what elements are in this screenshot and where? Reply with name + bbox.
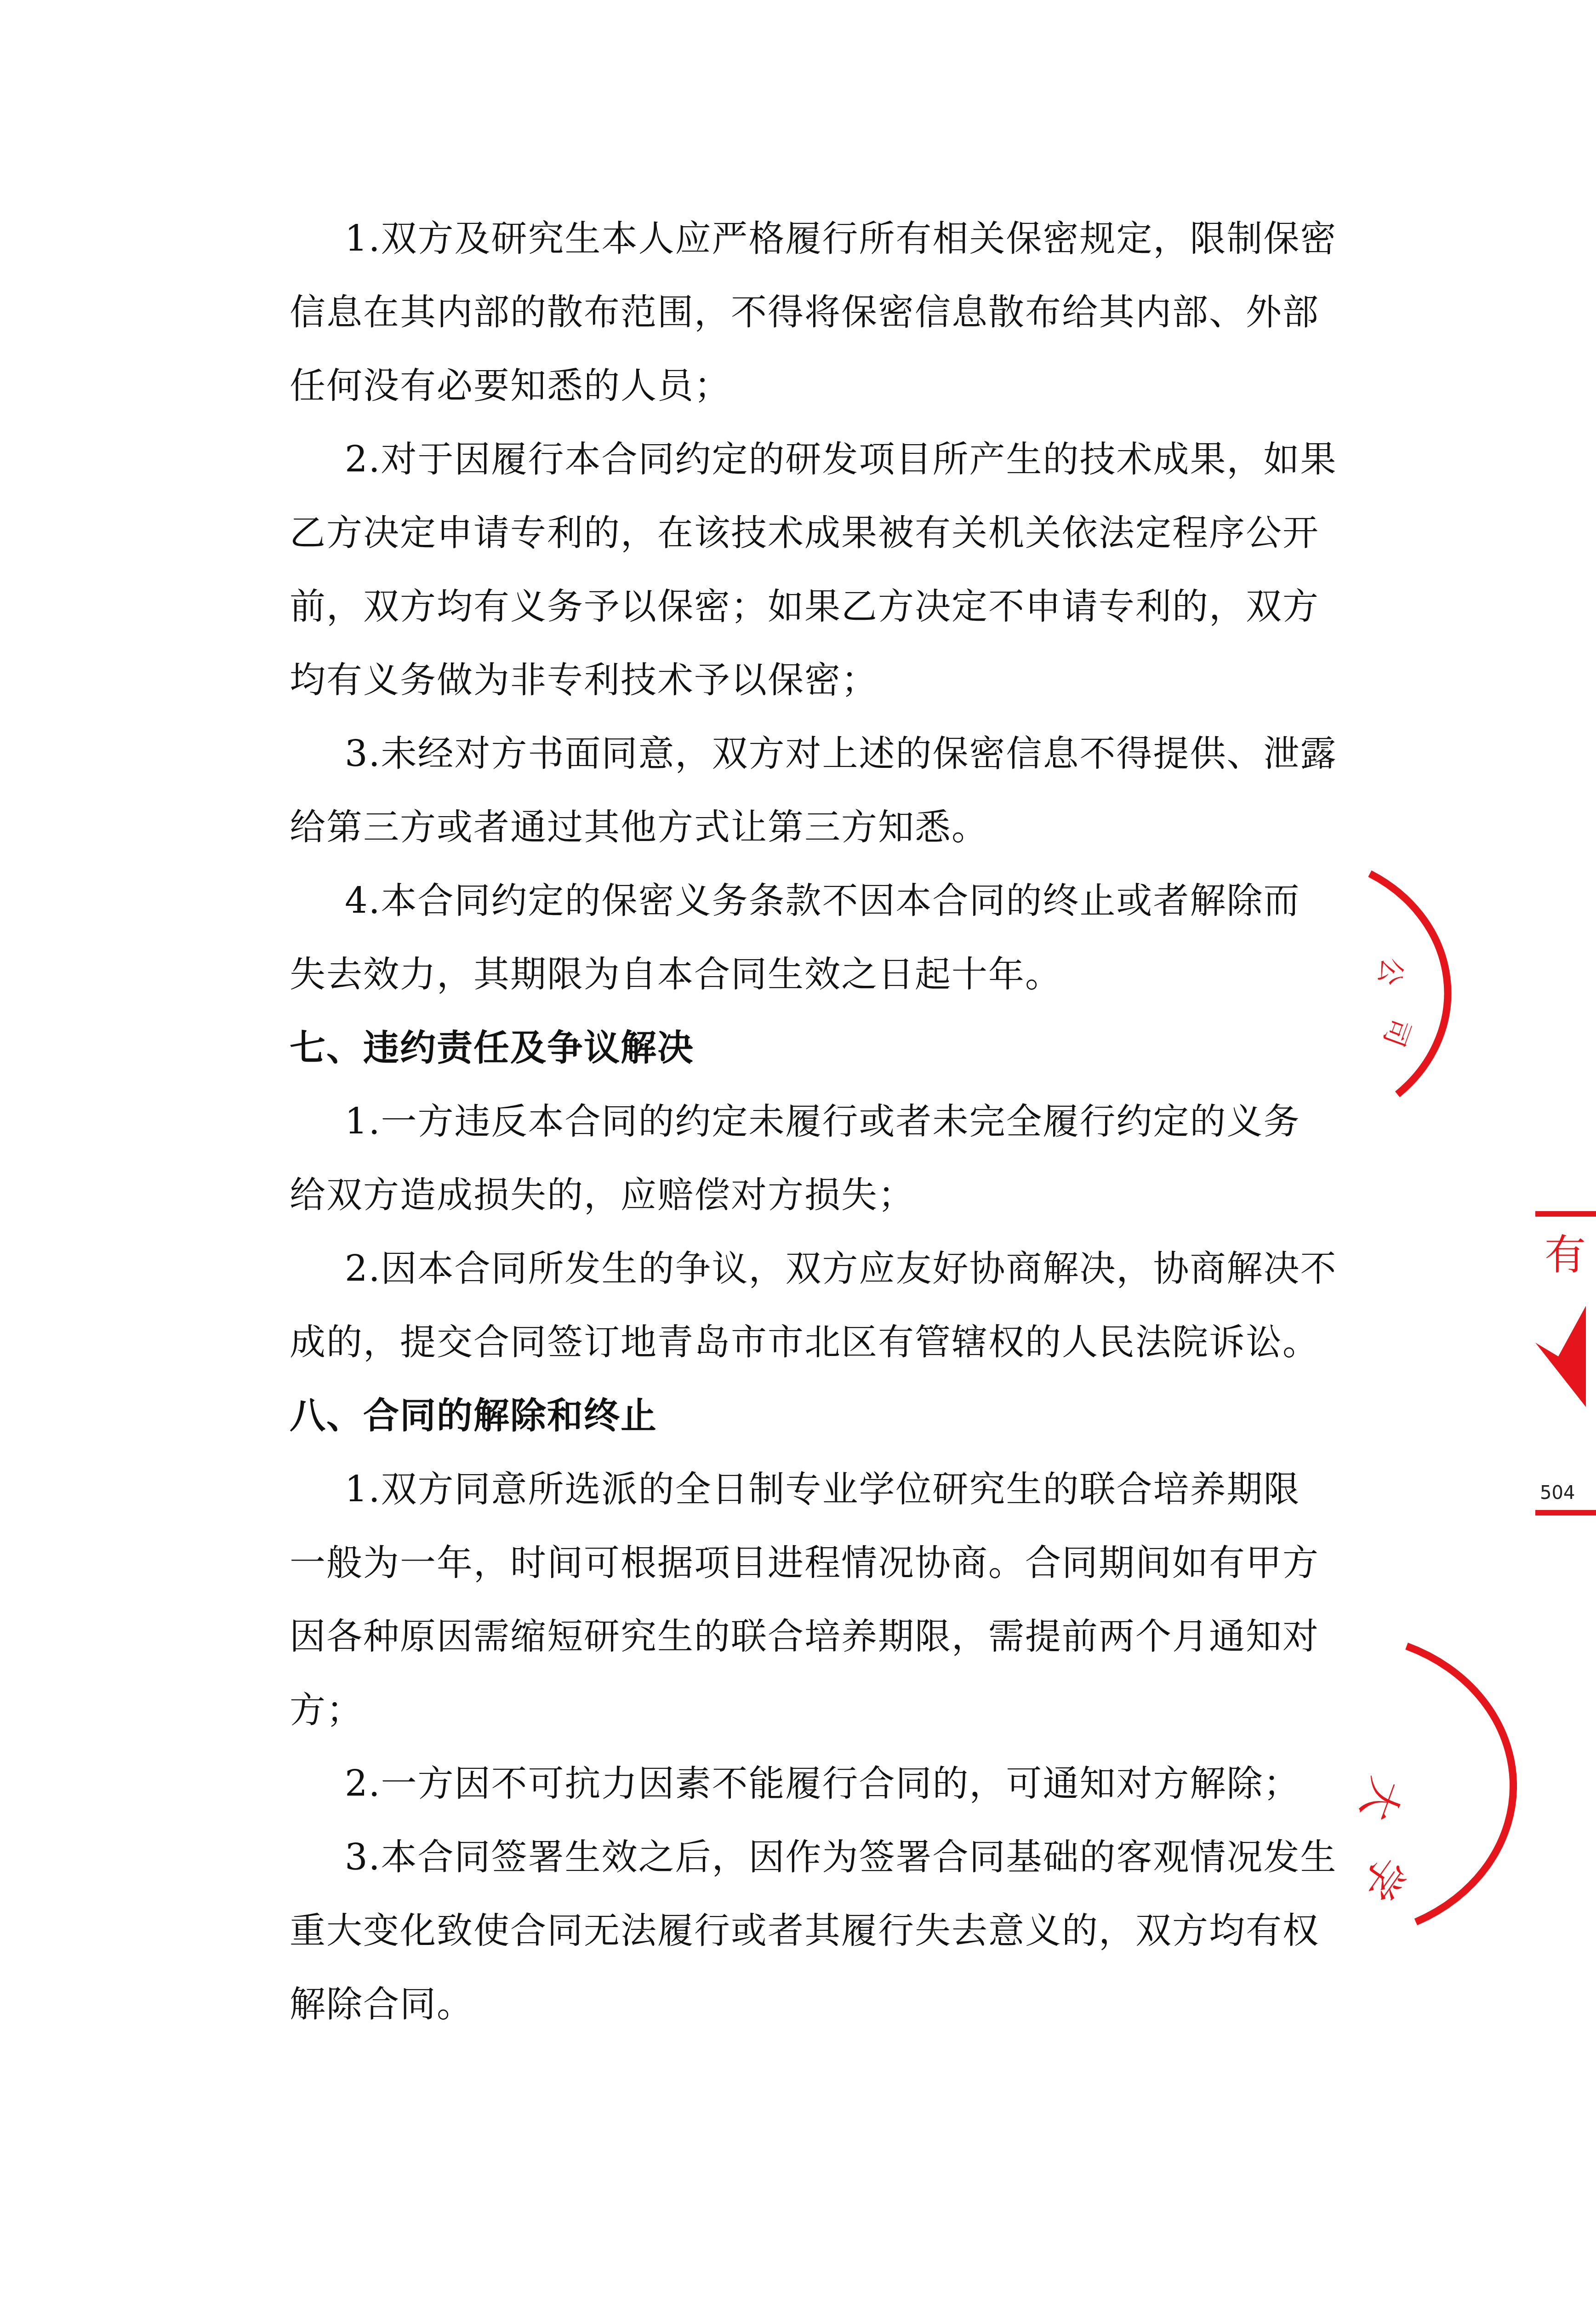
document-page: 1.双方及研究生本人应严格履行所有相关保密规定，限制保密信息在其内部的散布范围，…	[0, 0, 1596, 2299]
paragraph-line: 1.双方及研究生本人应严格履行所有相关保密规定，限制保密	[290, 202, 1347, 276]
paragraph-line: 因各种原因需缩短研究生的联合培养期限，需提前两个月通知对	[290, 1600, 1347, 1674]
edge-seal-stamp: 有 504	[1531, 1205, 1596, 1527]
section-heading: 七、违约责任及争议解决	[290, 1012, 1347, 1085]
paragraph-line: 重大变化致使合同无法履行或者其履行失去意义的，双方均有权	[290, 1894, 1347, 1968]
paragraph-line: 一般为一年，时间可根据项目进程情况协商。合同期间如有甲方	[290, 1527, 1347, 1600]
paragraph-line: 乙方决定申请专利的，在该技术成果被有关机关依法定程序公开	[290, 497, 1347, 570]
paragraph-line: 1.双方同意所选派的全日制专业学位研究生的联合培养期限	[290, 1453, 1347, 1527]
svg-text:大: 大	[1351, 1771, 1410, 1826]
paragraph-line: 成的，提交合同签订地青岛市市北区有管辖权的人民法院诉讼。	[290, 1306, 1347, 1379]
paragraph-line: 2.因本合同所发生的争议，双方应友好协商解决，协商解决不	[290, 1232, 1347, 1306]
svg-text:有: 有	[1545, 1231, 1586, 1279]
university-seal-stamp: 大 学	[1333, 1637, 1517, 1959]
paragraph-line: 1.一方违反本合同的约定未履行或者未完全履行约定的义务	[290, 1085, 1347, 1159]
section-heading: 八、合同的解除和终止	[290, 1379, 1347, 1453]
paragraph-line: 2.对于因履行本合同约定的研发项目所产生的技术成果，如果	[290, 423, 1347, 497]
paragraph-line: 方；	[290, 1674, 1347, 1747]
paragraph-line: 4.本合同约定的保密义务条款不因本合同的终止或者解除而	[290, 864, 1347, 938]
paragraph-line: 失去效力，其期限为自本合同生效之日起十年。	[290, 938, 1347, 1012]
document-body: 1.双方及研究生本人应严格履行所有相关保密规定，限制保密信息在其内部的散布范围，…	[290, 202, 1347, 2042]
paragraph-line: 均有义务做为非专利技术予以保密；	[290, 644, 1347, 717]
svg-text:504: 504	[1540, 1482, 1575, 1504]
company-seal-stamp: 公 司	[1333, 864, 1517, 1140]
paragraph-line: 给双方造成损失的，应赔偿对方损失；	[290, 1159, 1347, 1232]
paragraph-line: 信息在其内部的散布范围，不得将保密信息散布给其内部、外部	[290, 276, 1347, 349]
svg-text:公: 公	[1372, 955, 1408, 988]
paragraph-line: 给第三方或者通过其他方式让第三方知悉。	[290, 791, 1347, 864]
svg-text:司: 司	[1377, 1014, 1416, 1051]
paragraph-line: 解除合同。	[290, 1968, 1347, 2042]
paragraph-line: 2.一方因不可抗力因素不能履行合同的，可通知对方解除；	[290, 1747, 1347, 1821]
paragraph-line: 3.未经对方书面同意，双方对上述的保密信息不得提供、泄露	[290, 717, 1347, 791]
paragraph-line: 任何没有必要知悉的人员；	[290, 349, 1347, 423]
paragraph-line: 3.本合同签署生效之后，因作为签署合同基础的客观情况发生	[290, 1821, 1347, 1894]
svg-text:学: 学	[1351, 1847, 1415, 1909]
paragraph-line: 前，双方均有义务予以保密；如果乙方决定不申请专利的，双方	[290, 570, 1347, 644]
